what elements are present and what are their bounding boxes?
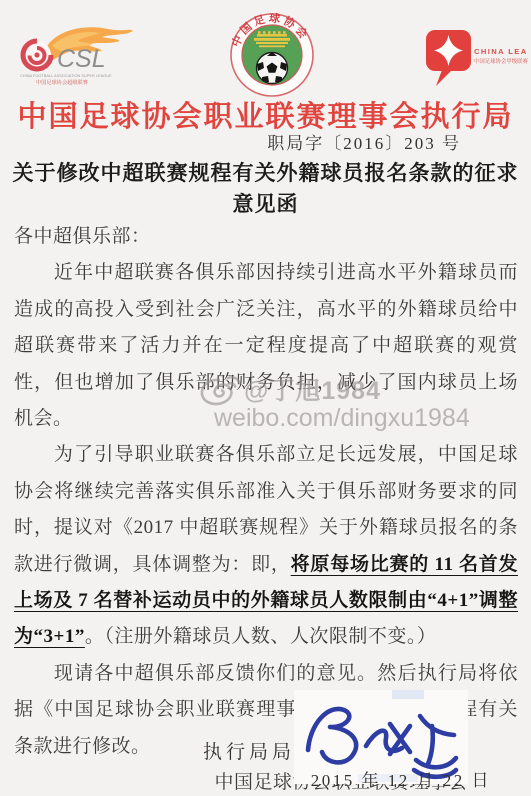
cfa-emblem-icon: 中国足球协会	[226, 12, 318, 98]
document-page: CSL CHINA FOOTBALL ASSOCIATION SUPER LEA…	[0, 0, 531, 796]
cfa-emblem: 中国足球协会	[226, 12, 318, 98]
china-league-icon: CHINA LEAGUE 中国足球协会甲级联赛	[422, 26, 528, 94]
csl-flame-icon: CSL CHINA FOOTBALL ASSOCIATION SUPER LEA…	[12, 22, 137, 88]
body-text: 近年中超联赛各俱乐部因持续引进高水平外籍球员而造成的高投入受到社会广泛关注，高水…	[14, 262, 518, 429]
body-paragraphs: 近年中超联赛各俱乐部因持续引进高水平外籍球员而造成的高投入受到社会广泛关注，高水…	[14, 255, 518, 765]
body-text: 。（注册外籍球员人数、人次限制不变。）	[85, 626, 437, 647]
csl-logo: CSL CHINA FOOTBALL ASSOCIATION SUPER LEA…	[12, 22, 137, 88]
salutation: 各中超俱乐部：	[14, 219, 518, 255]
document-date: 2015 年 12 月 22 日	[311, 766, 491, 791]
document-title: 关于修改中超联赛规程有关外籍球员报名条款的征求意见函	[10, 158, 521, 220]
china-league-logo: CHINA LEAGUE 中国足球协会甲级联赛	[422, 26, 528, 94]
doc-number: 职局字〔2016〕203 号	[267, 129, 461, 154]
body-paragraph: 近年中超联赛各俱乐部因持续引进高水平外籍球员而造成的高投入受到社会广泛关注，高水…	[14, 255, 518, 437]
document-title-line2: 意见函	[233, 192, 299, 216]
csl-label: CSL	[57, 45, 106, 73]
csl-subtext-en: CHINA FOOTBALL ASSOCIATION SUPER LEAGUE	[20, 73, 112, 78]
body-paragraph: 为了引导职业联赛各俱乐部立足长远发展，中国足球协会将继续完善落实俱乐部准入关于俱…	[14, 437, 518, 655]
csl-subtext-cn: 中国足球协会超级联赛	[36, 78, 89, 86]
document-title-line1: 关于修改中超联赛规程有关外籍球员报名条款的征求	[13, 161, 519, 185]
china-league-subtext: 中国足球协会甲级联赛	[474, 57, 528, 65]
china-league-label: CHINA LEAGUE	[474, 47, 528, 56]
